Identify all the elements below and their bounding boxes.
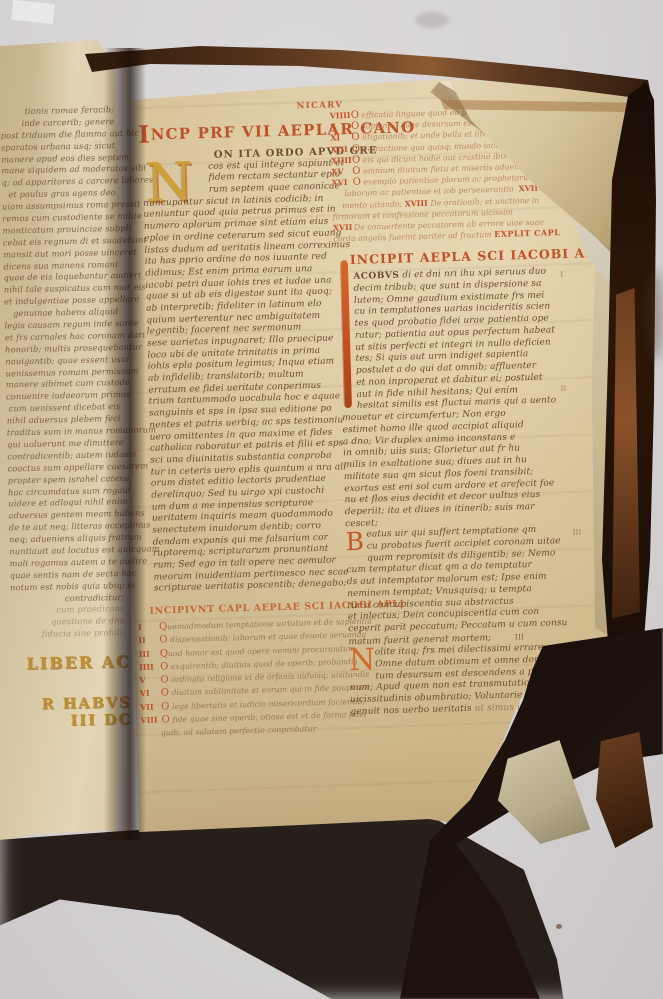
column2-james-text-1: ACOBVS di et dni nri ihu xpi seruus duod…: [338, 266, 581, 531]
text-segment: XV: [331, 166, 352, 178]
orange-initial-N: N: [349, 647, 376, 676]
column2-james-text-2: B eatus uir qui suffert temptatione qmcu…: [345, 524, 584, 648]
marginal-numeral-3: III: [572, 528, 581, 537]
red-initial-B: B: [345, 530, 367, 556]
text-segment: X: [330, 121, 351, 133]
wall-tape-patch: [11, 0, 55, 24]
text-segment: quib; ad salutem perfectio conprobatur: [141, 725, 317, 739]
column1-prologue-text: ON ITA ORDO APVD GREcos est qui integre …: [142, 146, 356, 596]
text-segment: [142, 158, 214, 160]
debris-speck: [556, 924, 562, 929]
spine-gutter-shadow: [104, 48, 146, 840]
marginal-numeral-2: II: [560, 384, 566, 393]
incipit-rubric-heading: INCIPIT AEPLA SCI IACOBI APLI: [350, 245, 613, 267]
text-segment: [143, 180, 209, 182]
text-segment: ACOBVS: [353, 271, 399, 282]
marginal-numeral-1: I: [560, 270, 563, 279]
cover-shadow-on-wall: [648, 270, 663, 360]
text-segment: genuinae habens aliquid: [13, 306, 119, 318]
text-segment: genuit nos uerbo ueritatis: [350, 703, 474, 716]
column1-capitula-list: IQuemadmodum temptatione uirtutum et de …: [138, 615, 361, 741]
text-segment: EXPLIT CAPL: [494, 227, 560, 239]
text-segment: et paulus gras agens deo: [8, 187, 116, 199]
text-segment: De orationib; et unctione in: [430, 195, 539, 207]
text-segment: inde carcerib; genere: [21, 116, 114, 128]
text-segment: XIIII: [331, 155, 352, 167]
text-segment: tionis romae feracib;: [24, 104, 114, 116]
text-segment: sparatos urbana usq; sicut: [1, 140, 116, 152]
background-smudge: [415, 12, 449, 28]
text-segment: XVII: [333, 222, 354, 234]
text-segment: corda angelis fuerint pariter ad fructum: [333, 230, 494, 243]
photo-of-manuscript: tionis romae feracib;inde carcerib; gene…: [0, 0, 663, 999]
text-segment: XVI: [332, 177, 353, 189]
text-segment: XIII: [331, 143, 352, 155]
text-segment: XI: [330, 132, 351, 144]
text-segment: [143, 192, 209, 194]
text-segment: XVIII: [405, 198, 431, 208]
text-segment: [142, 169, 208, 171]
text-segment: mento uitando;: [332, 199, 405, 210]
text-segment: III: [515, 632, 524, 641]
text-segment: dicens sua manens romani: [3, 259, 118, 271]
text-segment: VIIII: [330, 110, 351, 122]
